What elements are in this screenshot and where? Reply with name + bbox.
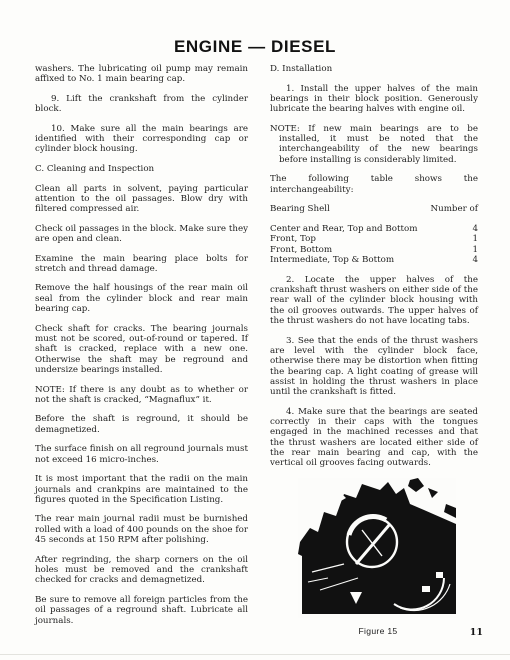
table-cell-label: Front, Bottom [270, 245, 332, 255]
paragraph: Check oil passages in the block. Make su… [35, 224, 248, 245]
step-9: 9. Lift the crankshaft from the cylinder… [35, 94, 248, 115]
figure-15: Figure 15 [298, 478, 458, 636]
page-number: 11 [470, 627, 483, 638]
table-cell-label: Center and Rear, Top and Bottom [270, 224, 417, 234]
note-paragraph: NOTE: If there is any doubt as to whethe… [35, 385, 248, 406]
manual-page: ENGINE — DIESEL washers. The lubricating… [0, 0, 510, 660]
section-heading-c: C. Cleaning and Inspection [35, 164, 248, 174]
paragraph: Remove the half housings of the rear mai… [35, 283, 248, 314]
bearing-shell-table: Bearing Shell Number of Center and Rear,… [270, 204, 478, 265]
table-cell-value: 1 [472, 234, 478, 244]
page-title: ENGINE — DIESEL [0, 37, 510, 57]
paragraph: Examine the main bearing place bolts for… [35, 254, 248, 275]
paragraph: Be sure to remove all foreign particles … [35, 595, 248, 626]
scan-bottom-edge [0, 654, 510, 655]
figure-caption: Figure 15 [298, 626, 458, 636]
step-10: 10. Make sure all the main bearings are … [35, 124, 248, 155]
paragraph: Before the shaft is reground, it should … [35, 414, 248, 435]
paragraph: Check shaft for cracks. The bearing jour… [35, 324, 248, 376]
step-3: 3. See that the ends of the thrust washe… [270, 336, 478, 398]
paragraph: The following table shows the interchang… [270, 174, 478, 195]
table-header: Bearing Shell Number of [270, 204, 478, 214]
left-column: washers. The lubricating oil pump may re… [35, 64, 248, 635]
paragraph: Clean all parts in solvent, paying parti… [35, 184, 248, 215]
section-heading-d: D. Installation [270, 64, 478, 74]
table-header-left: Bearing Shell [270, 204, 330, 214]
table-row: Center and Rear, Top and Bottom 4 [270, 224, 478, 234]
table-row: Front, Top 1 [270, 234, 478, 244]
step-2: 2. Locate the upper halves of the cranks… [270, 275, 478, 327]
step-4: 4. Make sure that the bearings are seate… [270, 407, 478, 469]
table-row: Front, Bottom 1 [270, 245, 478, 255]
table-cell-value: 4 [472, 224, 478, 234]
paragraph: The rear main journal radii must be burn… [35, 514, 248, 545]
right-column: D. Installation 1. Install the upper hal… [270, 64, 478, 636]
note-paragraph: NOTE: If new main bearings are to be ins… [270, 124, 478, 165]
table-cell-label: Intermediate, Top & Bottom [270, 255, 394, 265]
step-1: 1. Install the upper halves of the main … [270, 84, 478, 115]
paragraph: washers. The lubricating oil pump may re… [35, 64, 248, 85]
paragraph: It is most important that the radii on t… [35, 474, 248, 505]
table-row: Intermediate, Top & Bottom 4 [270, 255, 478, 265]
paragraph: The surface finish on all reground journ… [35, 444, 248, 465]
table-header-right: Number of [431, 204, 479, 214]
table-cell-value: 1 [472, 245, 478, 255]
engine-block-photo [298, 478, 456, 618]
table-cell-value: 4 [472, 255, 478, 265]
table-cell-label: Front, Top [270, 234, 316, 244]
paragraph: After regrinding, the sharp corners on t… [35, 555, 248, 586]
